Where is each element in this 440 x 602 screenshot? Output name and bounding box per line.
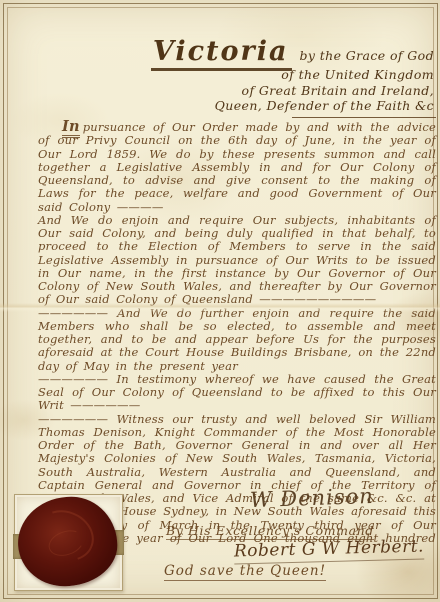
paragraph-text: pursuance of Our Order made by and with …	[38, 120, 436, 214]
command-attestation: By His Excellency's Command	[166, 523, 374, 540]
paragraph-text: —————— In testimony whereof we have caus…	[38, 372, 436, 413]
royal-heading: Victoriaby the Grace of God of the Unite…	[110, 36, 434, 114]
royal-style-line-1: by the Grace of God	[299, 48, 434, 63]
wax-seal-patch	[14, 494, 123, 591]
red-wax-seal	[15, 494, 120, 590]
paragraph-text: —————— And We do further enjoin and requ…	[38, 306, 436, 373]
heading-flourish-rule	[292, 117, 436, 118]
god-save-the-queen-line: God save the Queen!	[164, 563, 326, 581]
writ-paragraph-assembly-date: —————— And We do further enjoin and requ…	[38, 307, 436, 373]
paragraph-text: And We do enjoin and require Our subject…	[38, 213, 436, 307]
fold-crease	[0, 303, 440, 312]
royal-style-line-3: of Great Britain and Ireland,	[110, 83, 434, 99]
writ-paragraph-testimony: —————— In testimony whereof we have caus…	[38, 373, 436, 413]
sovereign-name-script: Victoria	[151, 36, 293, 71]
writ-body: Inpursuance of Our Order made by and wit…	[38, 120, 436, 558]
writ-paragraph-summons: Inpursuance of Our Order made by and wit…	[38, 120, 436, 214]
herbert-signature: Robert G W Herbert.	[234, 537, 425, 565]
heading-first-line: Victoriaby the Grace of God	[110, 36, 434, 67]
document-page: Victoriaby the Grace of God of the Unite…	[0, 0, 440, 602]
denison-signature: W Denison	[250, 484, 374, 512]
writ-paragraph-election: And We do enjoin and require Our subject…	[38, 214, 436, 307]
royal-style-line-4: Queen, Defender of the Faith &c	[110, 98, 434, 114]
